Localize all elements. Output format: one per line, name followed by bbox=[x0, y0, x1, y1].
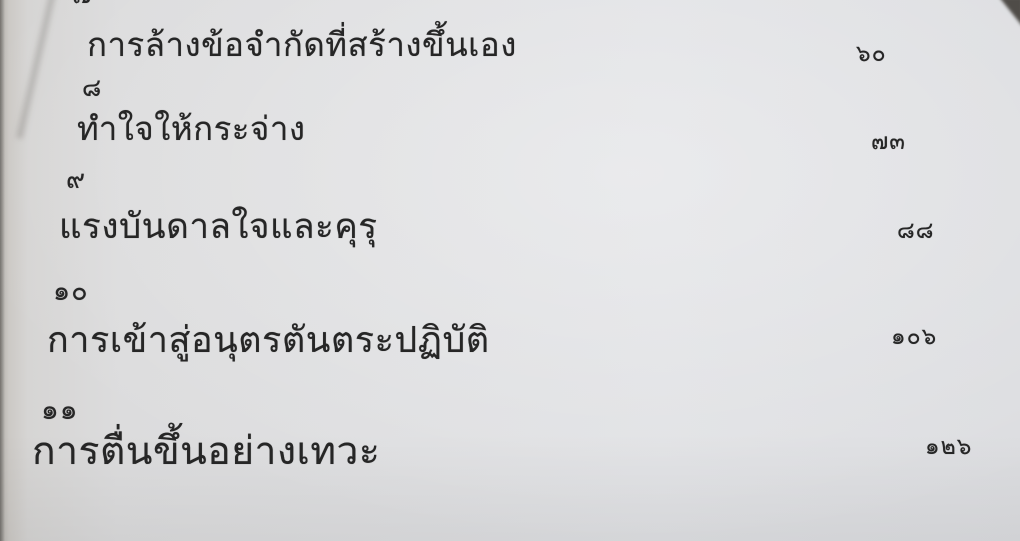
toc-chapter-title: การตื่นขึ้นอย่างเทวะ bbox=[32, 430, 380, 475]
toc-chapter-number: ๗ bbox=[72, 0, 93, 11]
toc-chapter-title: แรงบันดาลใจและคุรุ bbox=[59, 207, 378, 247]
toc-chapter-number: ๑๑ bbox=[41, 394, 79, 426]
toc-chapter-number: ๘ bbox=[82, 74, 102, 103]
toc-chapter-number: ๙ bbox=[66, 166, 86, 196]
book-page-photo: ๗ การล้างข้อจำกัดที่สร้างขึ้นเอง ๖๐ ๘ ทำ… bbox=[0, 0, 1020, 541]
toc-chapter-title: ทำใจให้กระจ่าง bbox=[77, 110, 306, 148]
toc-chapter-title: การเข้าสู่อนุตรตันตระปฏิบัติ bbox=[47, 320, 490, 361]
toc-chapter-title: การล้างข้อจำกัดที่สร้างขึ้นเอง bbox=[87, 26, 517, 64]
page-edge-crease bbox=[0, 0, 60, 139]
toc-page-number: ๘๘ bbox=[897, 218, 935, 244]
toc-page-number: ๑๐๖ bbox=[891, 324, 937, 350]
toc-page-number: ๖๐ bbox=[856, 41, 887, 67]
toc-chapter-number: ๑๐ bbox=[53, 276, 89, 307]
page-corner-shadow bbox=[999, 0, 1020, 27]
toc-page-number: ๗๓ bbox=[871, 129, 906, 155]
toc-page-number: ๑๒๖ bbox=[925, 434, 972, 460]
